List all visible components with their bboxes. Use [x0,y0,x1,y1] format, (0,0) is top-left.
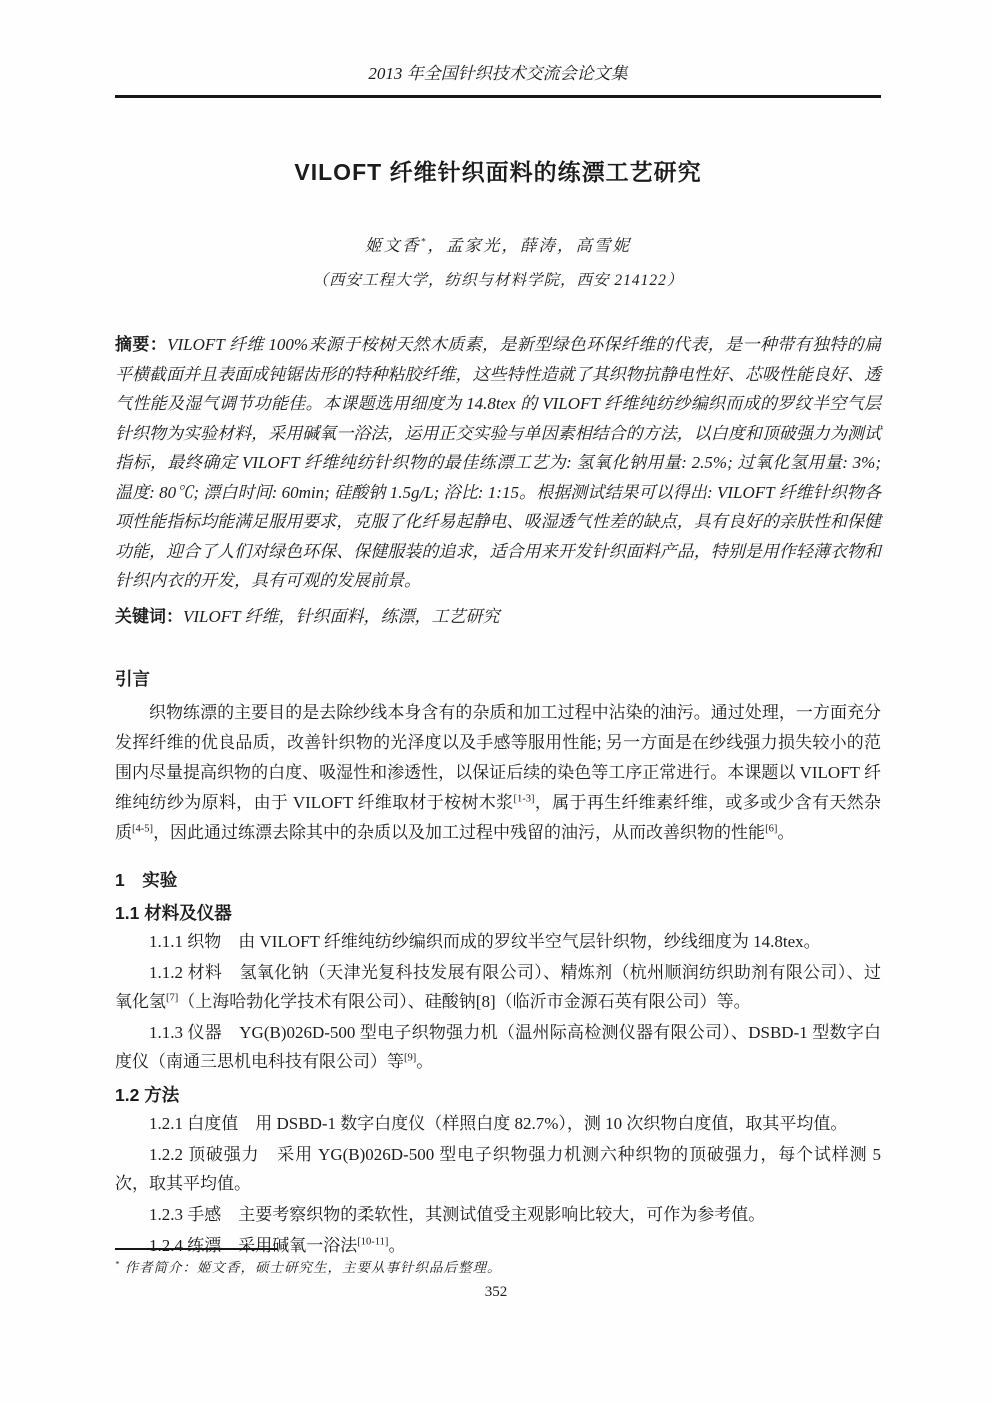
section-1-heading: 1 实验 [115,868,881,892]
item-1-2-3: 1.2.3 手感 主要考察织物的柔软性，其测试值受主观影响比较大，可作为参考值。 [115,1200,881,1229]
footnote-rule [115,1248,277,1250]
author-line: 姬文香*，孟家光，薛涛，高雪妮 [115,234,881,258]
item-1-1-3: 1.1.3 仪器 YG(B)026D-500 型电子织物强力机（温州际高检测仪器… [115,1018,881,1076]
proceedings-title: 2013 年全国针织技术交流会论文集 [115,62,881,86]
affiliation-line: （西安工程大学，纺织与材料学院，西安 214122） [115,269,881,293]
intro-heading: 引言 [115,667,881,691]
keywords-line: 关键词：VILOFT 纤维，针织面料，练漂，工艺研究 [115,602,881,632]
item-1-1-1: 1.1.1 织物 由 VILOFT 纤维纯纺纱编织而成的罗纹半空气层针织物，纱线… [115,927,881,956]
keywords-text: VILOFT 纤维，针织面料，练漂，工艺研究 [183,607,500,626]
abstract-paragraph: 摘要：VILOFT 纤维 100%来源于桉树天然木质素，是新型绿色环保纤维的代表… [115,330,881,596]
footnote-text: * 作者简介：姬文香，硕士研究生，主要从事针织品后整理。 [115,1258,881,1278]
page-content: 2013 年全国针织技术交流会论文集 VILOFT 纤维针织面料的练漂工艺研究 … [115,0,881,1260]
header-rule [115,95,881,98]
intro-paragraph: 织物练漂的主要目的是去除纱线本身含有的杂质和加工过程中沾染的油污。通过处理，一方… [115,698,881,848]
paper-page: 2013 年全国针织技术交流会论文集 VILOFT 纤维针织面料的练漂工艺研究 … [0,0,992,1403]
item-1-2-1: 1.2.1 白度值 用 DSBD-1 数字白度仪（样照白度 82.7%），测 1… [115,1109,881,1138]
abstract-label: 摘要： [115,335,167,354]
keywords-label: 关键词： [115,607,183,626]
section-1-2-heading: 1.2 方法 [115,1083,881,1107]
item-1-2-2: 1.2.2 顶破强力 采用 YG(B)026D-500 型电子织物强力机测六种织… [115,1140,881,1198]
paper-title: VILOFT 纤维针织面料的练漂工艺研究 [115,156,881,188]
running-header: 2013 年全国针织技术交流会论文集 [115,0,881,98]
abstract-text: VILOFT 纤维 100%来源于桉树天然木质素，是新型绿色环保纤维的代表，是一… [115,335,881,590]
section-1-1-heading: 1.1 材料及仪器 [115,901,881,925]
item-1-1-2: 1.1.2 材料 氢氧化钠（天津光复科技发展有限公司）、精炼剂（杭州顺润纺织助剂… [115,958,881,1016]
footnote-block: * 作者简介：姬文香，硕士研究生，主要从事针织品后整理。 [115,1248,881,1278]
page-number: 352 [0,1284,992,1301]
